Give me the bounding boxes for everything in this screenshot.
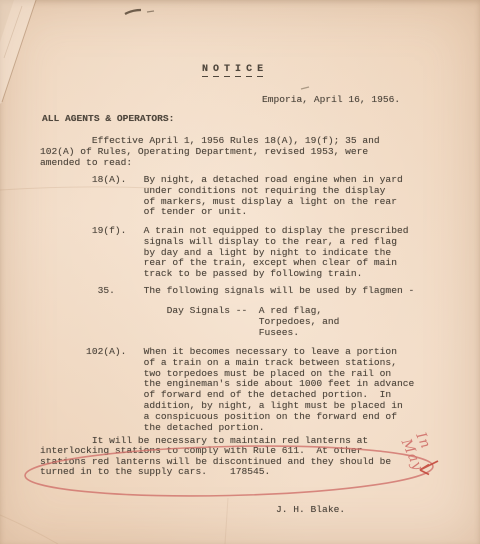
doc-line: Torpedoes, and: [40, 317, 339, 328]
title-letter: O: [213, 64, 219, 77]
page-title: NOTICE: [202, 64, 268, 77]
doc-line: the detached portion.: [40, 423, 414, 434]
doc-line: under conditions not requiring the displ…: [40, 186, 403, 197]
doc-line: of tender or unit.: [40, 207, 403, 218]
doc-line: Fusees.: [40, 328, 339, 339]
title-letter: T: [224, 64, 230, 77]
signature: J. H. Blake.: [276, 505, 345, 516]
doc-line: 102(A) of Rules, Operating Department, r…: [40, 147, 380, 158]
dateline: Emporia, April 16, 1956.: [262, 95, 400, 106]
closing-paragraph: It will be necessary to maintain red lan…: [40, 436, 391, 477]
doc-line: amended to read:: [40, 158, 380, 169]
rule-19f: 19(f). A train not equipped to display t…: [40, 226, 408, 280]
rule-18a: 18(A). By night, a detached road engine …: [40, 175, 403, 218]
doc-line: turned in to the supply cars. 178545.: [40, 467, 391, 477]
salutation: ALL AGENTS & OPERATORS:: [42, 114, 174, 125]
title-letter: C: [246, 64, 252, 77]
title-letter: E: [257, 64, 263, 77]
doc-line: signals will display to the rear, a red …: [40, 237, 408, 248]
intro-paragraph: Effective April 1, 1956 Rules 18(A), 19(…: [40, 136, 380, 168]
title-letter: N: [202, 64, 208, 77]
rule-102a: 102(A). When it becomes necessary to lea…: [40, 347, 414, 433]
doc-line: of a train on a main track between stati…: [40, 358, 414, 369]
doc-line: track to be passed by following train.: [40, 269, 408, 280]
notice-document: NOTICE Emporia, April 16, 1956. ALL AGEN…: [0, 0, 480, 544]
doc-line: 35. The following signals will be used b…: [40, 286, 414, 297]
day-signals-list: Day Signals -- A red flag, Torpedoes, an…: [40, 306, 339, 338]
rule-35: 35. The following signals will be used b…: [40, 286, 414, 297]
title-letter: I: [235, 64, 241, 77]
doc-line: a conspicuous position on the forward en…: [40, 412, 414, 423]
